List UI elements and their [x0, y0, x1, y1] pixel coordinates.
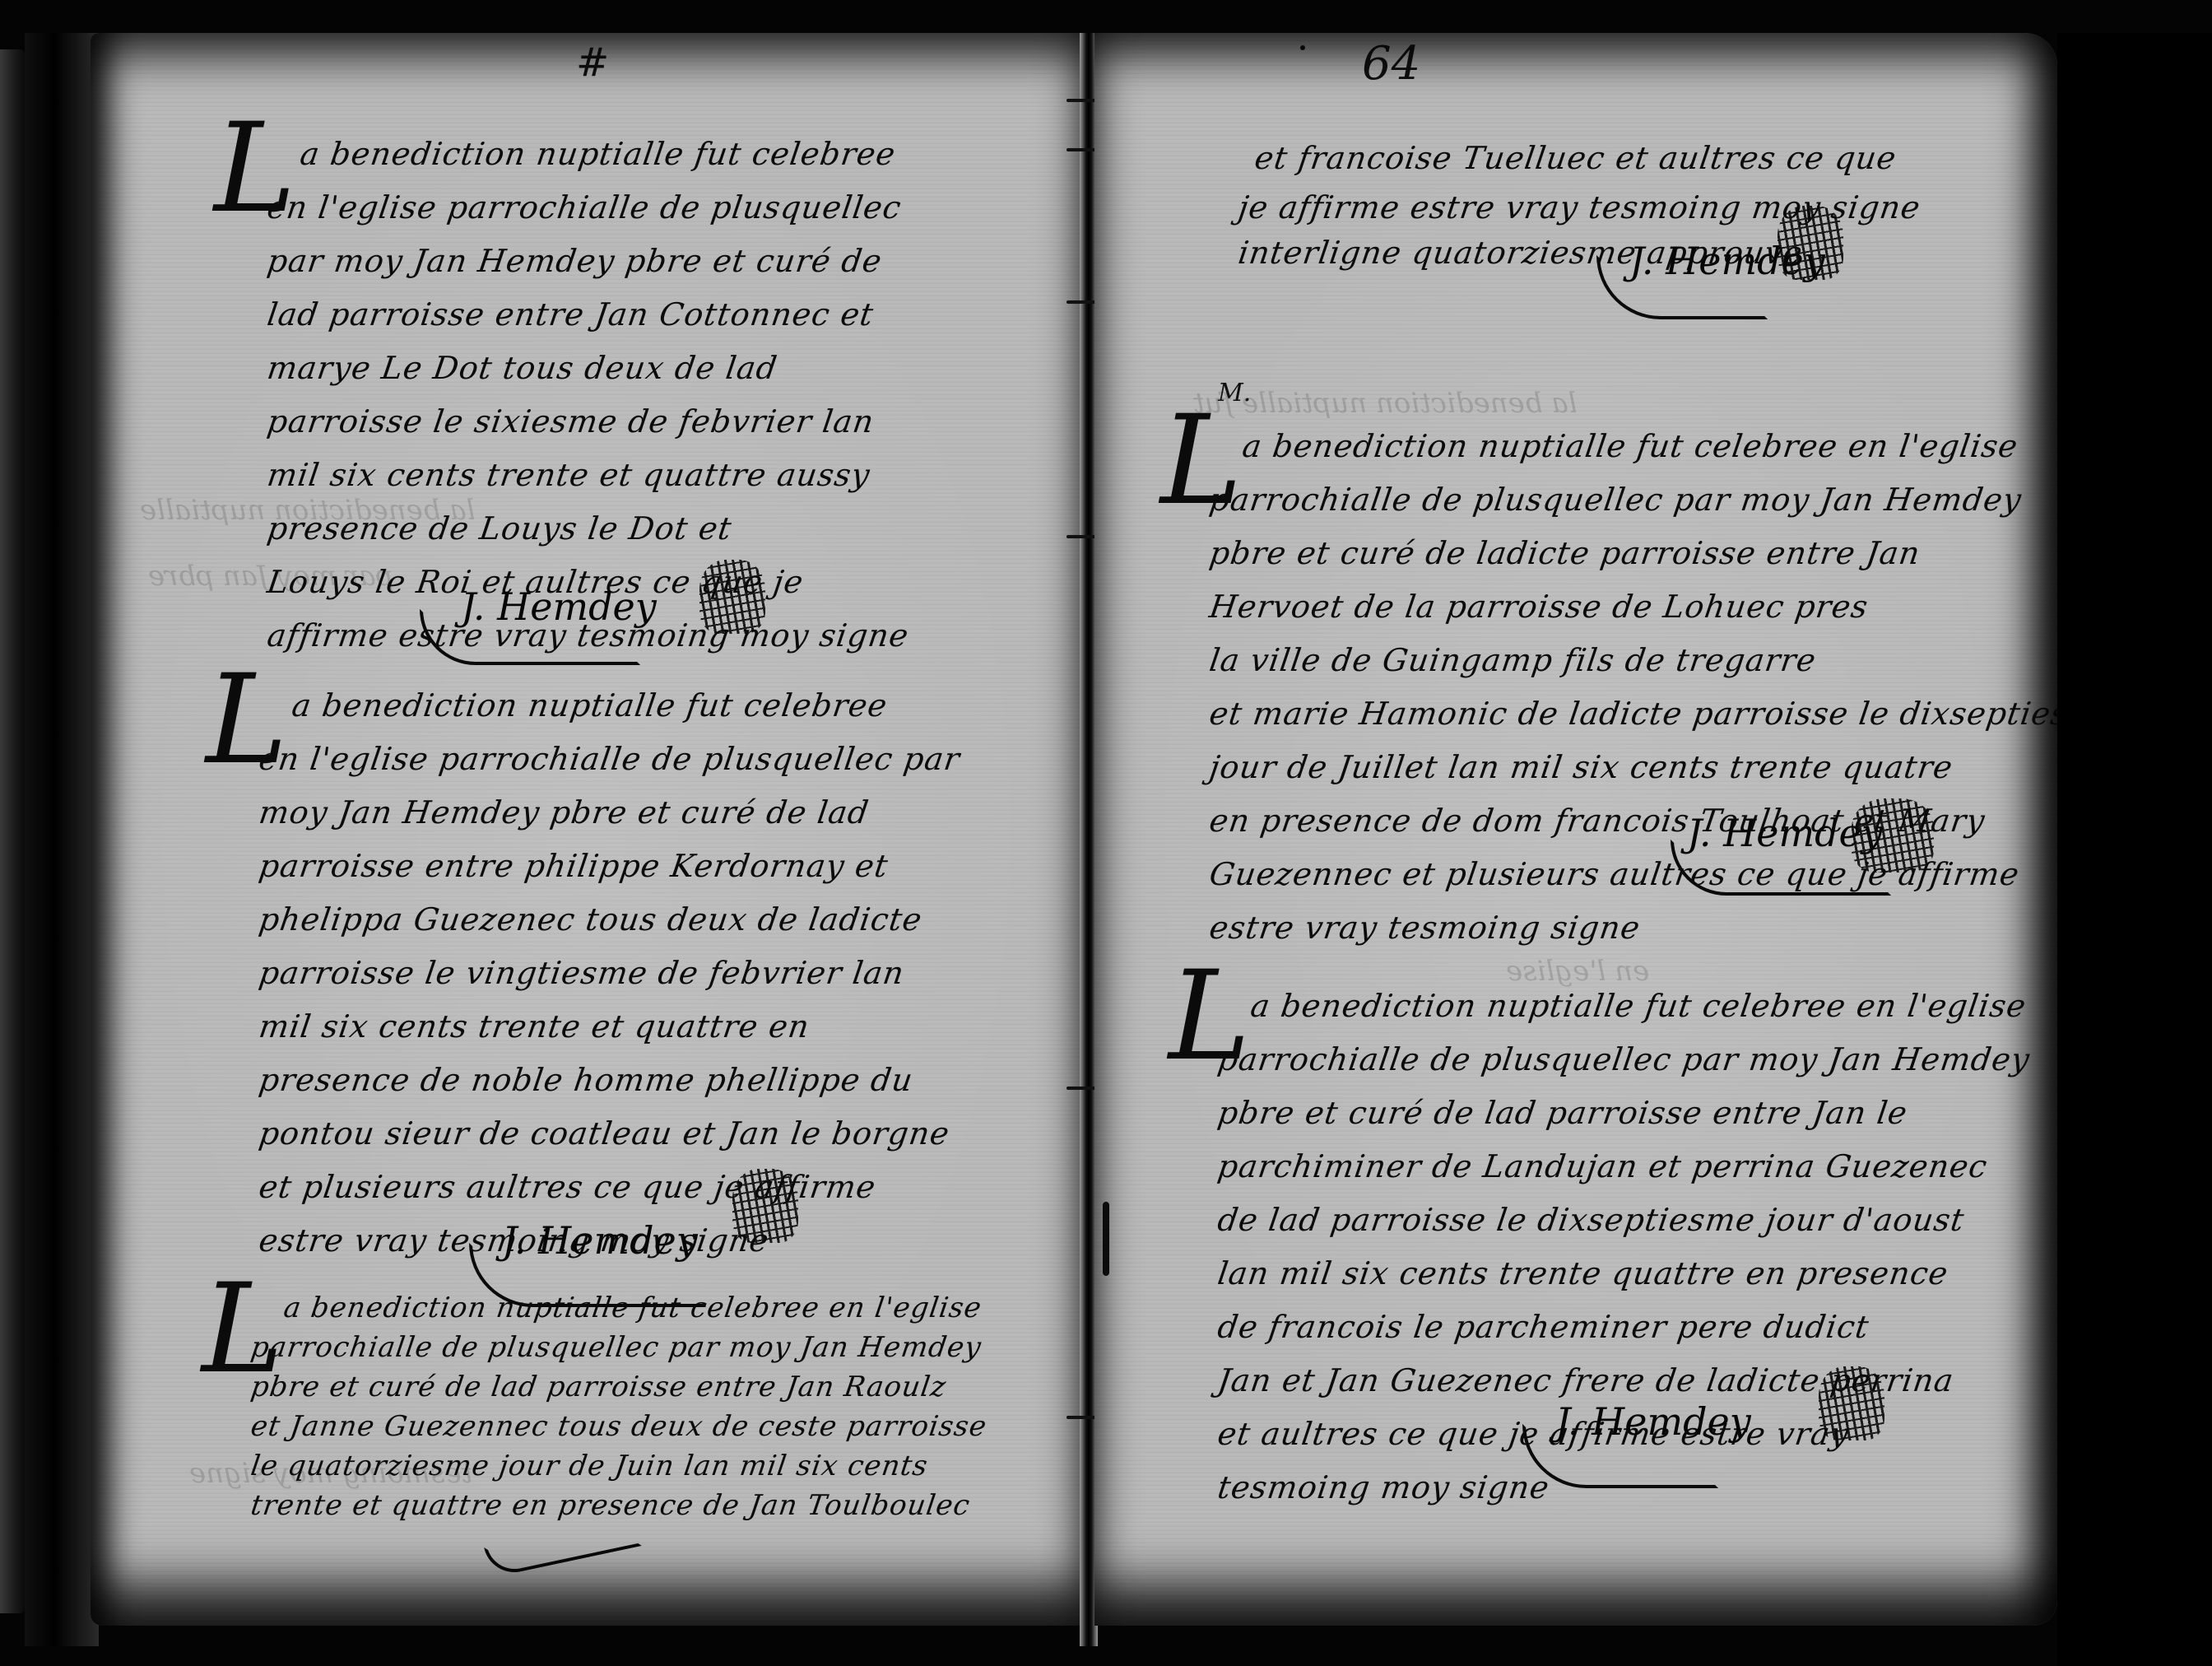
entry-line: en l'eglise parrochialle de plusquellec: [263, 181, 912, 235]
entry-line: pbre et curé de lad parroisse entre Jan …: [1214, 1087, 2033, 1140]
entry-line: estre vray tesmoing signe: [1206, 901, 2057, 955]
entry-line: jour de Juillet lan mil six cents trente…: [1206, 741, 2057, 794]
entry-line: mil six cents trente et quattre en: [255, 1000, 964, 1054]
entry-line: mil six cents trente et quattre aussy: [263, 449, 912, 502]
binding-edge: [0, 49, 25, 1613]
signature-paraph: [1819, 1366, 1884, 1440]
entry-line: phelippa Guezenec tous deux de ladicte: [255, 893, 964, 947]
entry-line: presence de noble homme phellippe du: [255, 1054, 964, 1107]
entry-line: Hervoet de la parroisse de Lohuec pres: [1206, 580, 2057, 634]
marriage-entry-3: a benediction nuptialle fut celebree en …: [251, 1288, 987, 1525]
entry-line: parrochialle de plusquellec par moy Jan …: [1206, 473, 2057, 527]
signature-paraph: [699, 560, 765, 634]
entry-line: et Janne Guezennec tous deux de ceste pa…: [249, 1407, 990, 1446]
entry-line: pbre et curé de lad parroisse entre Jan …: [249, 1367, 990, 1407]
entry-line: le quatorziesme jour de Juin lan mil six…: [249, 1446, 990, 1486]
signature-paraph: [1777, 206, 1843, 280]
entry-line: et francoise Tuelluec et aultres ce que: [1234, 132, 1924, 185]
entry-line: marye Le Dot tous deux de lad: [263, 342, 912, 395]
entry-line: pbre et curé de ladicte parroisse entre …: [1206, 527, 2057, 580]
folio-mark: #: [576, 40, 609, 86]
entry-line: parrochialle de plusquellec par moy Jan …: [249, 1328, 990, 1367]
entry-line: de lad parroisse le dixseptiesme jour d'…: [1214, 1194, 2033, 1247]
book-cover-edge-right: [2057, 33, 2212, 1666]
entry-line: pontou sieur de coatleau et Jan le borgn…: [255, 1107, 964, 1161]
entry-line: parrochialle de plusquellec par moy Jan …: [1214, 1033, 2033, 1087]
book-cover-edge: [25, 33, 99, 1646]
entry-line: en l'eglise parrochialle de plusquellec …: [255, 733, 964, 786]
entry-line: parchiminer de Landujan et perrina Gueze…: [1214, 1140, 2033, 1194]
entry-line: lan mil six cents trente quattre en pres…: [1214, 1247, 2033, 1301]
folio-number: 64: [1362, 37, 1420, 91]
entry-line: a benediction nuptialle fut celebree en …: [1214, 980, 2033, 1033]
entry-line: de francois le parcheminer pere dudict: [1214, 1301, 2033, 1354]
entry-line: moy Jan Hemdey pbre et curé de lad: [255, 786, 964, 840]
entry-line: presence de Louys le Dot et: [263, 502, 912, 556]
ink-smudge: [1103, 1202, 1109, 1276]
entry-line: et marie Hamonic de ladicte parroisse le…: [1206, 687, 2057, 741]
marriage-entry-2: a benediction nuptialle fut celebree en …: [259, 679, 960, 1268]
ink-speck: [1300, 45, 1305, 50]
entry-line: et plusieurs aultres ce que je affirme: [255, 1161, 964, 1214]
entry-line: a benediction nuptialle fut celebree en …: [1206, 420, 2057, 473]
signature-paraph: [732, 1169, 798, 1243]
entry-line: parroisse le sixiesme de febvrier lan: [263, 395, 912, 449]
signature-flourish: [420, 609, 640, 665]
entry-line: la ville de Guingamp fils de tregarre: [1206, 634, 2057, 687]
signature-flourish: [1596, 255, 1768, 319]
marriage-entry-1: a benediction nuptialle fut celebree en …: [267, 128, 908, 663]
right-page: la benediction nuptialle fut en l'eglise…: [1094, 33, 2057, 1626]
entry-line: a benediction nuptialle fut celebree: [255, 679, 964, 733]
entry-line: parroisse entre philippe Kerdornay et: [255, 840, 964, 893]
entry-line: parroisse le vingtiesme de febvrier lan: [255, 947, 964, 1000]
entry-line: a benediction nuptialle fut celebree: [263, 128, 912, 181]
entry-line: lad parroisse entre Jan Cottonnec et: [263, 288, 912, 342]
entry-line: par moy Jan Hemdey pbre et curé de: [263, 235, 912, 288]
entry-line: a benediction nuptialle fut celebree en …: [249, 1288, 990, 1328]
left-page: la benediction nuptialle par moy Jan pbr…: [91, 33, 1082, 1626]
signature-flourish: [1671, 840, 1891, 896]
marriage-entry-4: a benediction nuptialle fut celebree en …: [1210, 420, 2057, 955]
